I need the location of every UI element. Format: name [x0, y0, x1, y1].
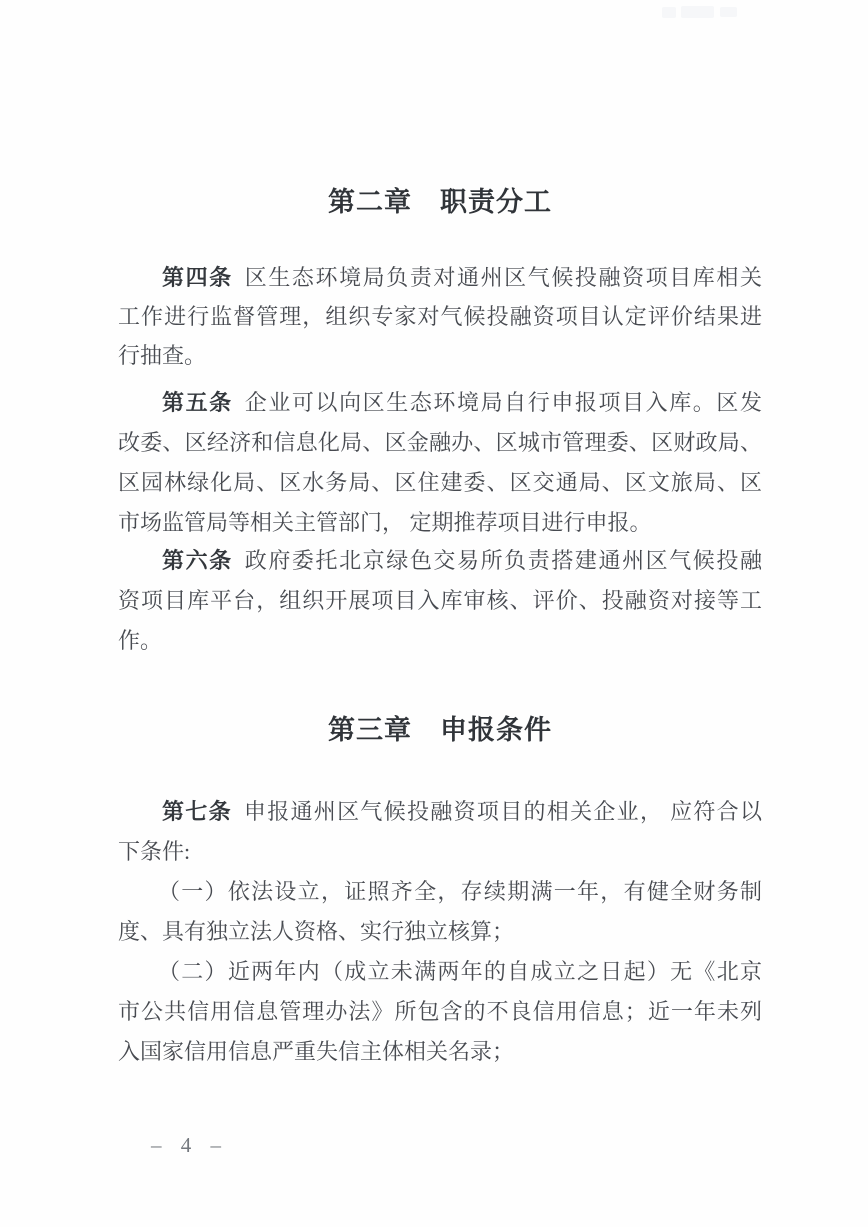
- text-line: 市场监管局等相关主管部门， 定期推荐项目进行申报。: [118, 503, 762, 543]
- text-line: 度、具有独立法人资格、实行独立核算；: [118, 912, 762, 952]
- text-line: 工作进行监督管理，组织专家对气候投融资项目认定评价结果进: [118, 297, 762, 336]
- text-line: 区园林绿化局、区水务局、区住建委、区交通局、区文旅局、区: [118, 463, 762, 503]
- article-4-label: 第四条: [162, 265, 233, 290]
- text-line: 资项目库平台，组织开展项目入库审核、评价、投融资对接等工: [118, 581, 762, 621]
- text-segment: 申报通州区气候投融资项目的相关企业， 应符合以: [244, 799, 762, 824]
- text-line: （一）依法设立，证照齐全，存续期满一年，有健全财务制: [118, 872, 762, 912]
- text-line: 第四条区生态环境局负责对通州区气候投融资项目库相关: [118, 258, 762, 297]
- text-line: 第七条申报通州区气候投融资项目的相关企业， 应符合以: [118, 792, 762, 832]
- text-line: 市公共信用信息管理办法》所包含的不良信用信息；近一年未列: [118, 992, 762, 1032]
- text-line: 行抽查。: [118, 336, 762, 375]
- article-4-paragraph: 第四条区生态环境局负责对通州区气候投融资项目库相关 工作进行监督管理，组织专家对…: [118, 258, 762, 375]
- text-segment: 企业可以向区生态环境局自行申报项目入库。区发: [245, 390, 762, 415]
- text-line: 第五条企业可以向区生态环境局自行申报项目入库。区发: [118, 383, 762, 423]
- text-line: 作。: [118, 621, 762, 661]
- text-segment: 政府委托北京绿色交易所负责搭建通州区气候投融: [245, 548, 762, 573]
- text-line: 下条件:: [118, 832, 762, 872]
- article-5-label: 第五条: [162, 390, 233, 415]
- text-line: 入国家信用信息严重失信主体相关名录；: [118, 1032, 762, 1072]
- text-segment: 区生态环境局负责对通州区气候投融资项目库相关: [245, 265, 762, 290]
- article-7-label: 第七条: [162, 799, 232, 824]
- document-page: 第二章 职责分工 第四条区生态环境局负责对通州区气候投融资项目库相关 工作进行监…: [0, 0, 868, 1227]
- article-6-paragraph: 第六条政府委托北京绿色交易所负责搭建通州区气候投融 资项目库平台，组织开展项目入…: [118, 541, 762, 661]
- condition-1-paragraph: （一）依法设立，证照齐全，存续期满一年，有健全财务制 度、具有独立法人资格、实行…: [118, 872, 762, 952]
- chapter-3-heading: 第三章 申报条件: [118, 710, 762, 750]
- article-6-label: 第六条: [162, 548, 233, 573]
- page-number: – 4 –: [151, 1128, 228, 1162]
- scan-artifact: [681, 6, 714, 18]
- article-7-paragraph: 第七条申报通州区气候投融资项目的相关企业， 应符合以 下条件:: [118, 792, 762, 872]
- text-line: （二）近两年内（成立未满两年的自成立之日起）无《北京: [118, 952, 762, 992]
- scan-artifact: [662, 7, 676, 18]
- chapter-2-heading: 第二章 职责分工: [118, 182, 762, 222]
- article-5-paragraph: 第五条企业可以向区生态环境局自行申报项目入库。区发 改委、区经济和信息化局、区金…: [118, 383, 762, 543]
- scan-artifact: [720, 7, 737, 17]
- text-line: 改委、区经济和信息化局、区金融办、区城市管理委、区财政局、: [118, 423, 762, 463]
- text-line: 第六条政府委托北京绿色交易所负责搭建通州区气候投融: [118, 541, 762, 581]
- condition-2-paragraph: （二）近两年内（成立未满两年的自成立之日起）无《北京 市公共信用信息管理办法》所…: [118, 952, 762, 1072]
